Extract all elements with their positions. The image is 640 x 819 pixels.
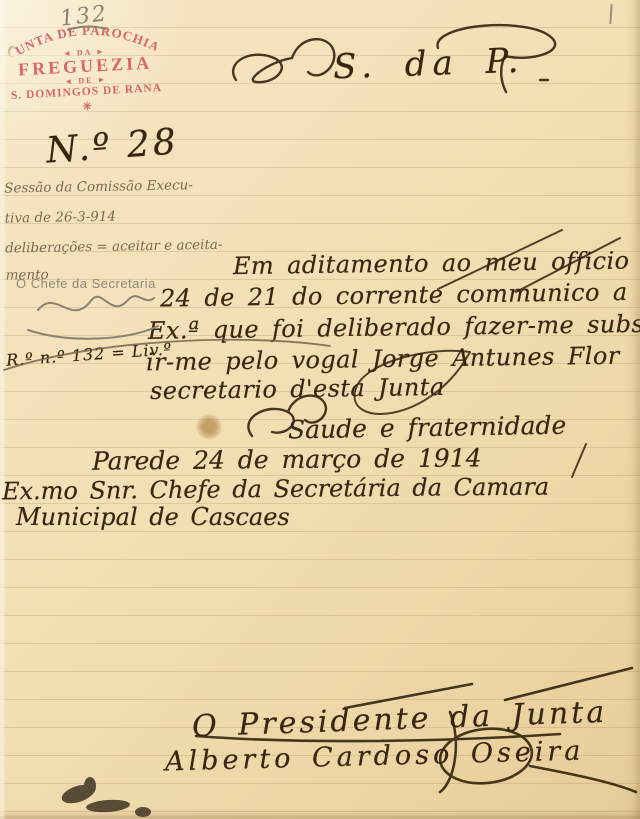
- margin-annotations: Sessão da Comissão Execu- tiva de 26-3-9…: [4, 177, 184, 180]
- margin-note-line: tiva de 26-3-914: [5, 209, 117, 227]
- paper-stain: [196, 414, 222, 440]
- body-line: Em aditamento ao meu officio n.º: [233, 246, 640, 280]
- body-line: Ex.ª que foi deliberado fazer-me substit…: [148, 309, 640, 345]
- margin-note-line: Sessão da Comissão Execu-: [4, 177, 193, 196]
- header-script-abbreviation: S. da P.: [332, 41, 525, 88]
- document-number: N.º 28: [45, 121, 180, 171]
- margin-note-line: deliberações = aceitar e aceita-: [5, 237, 223, 257]
- body-line: ir-me pelo vogal Jorge Antunes Flor: [146, 342, 620, 377]
- place-date-line: Parede 24 de março de 1914: [92, 443, 482, 475]
- pencil-tick-mark: [609, 4, 612, 24]
- body-line: 24 de 21 do corrente communico a V.: [160, 277, 640, 312]
- addressee-line: Municipal de Cascaes: [16, 503, 290, 531]
- document-page: 132 JUNTA DE PAROCHIA ◄ DA ► FREGUEZIA ◄…: [0, 0, 640, 819]
- addressee-line: Ex.mo Snr. Chefe da Secretária da Camara: [2, 473, 549, 506]
- salutation-line: Saude e fraternidade: [288, 411, 567, 445]
- chief-of-secretariat-stamp: O Chefe da Secretaria: [16, 276, 156, 291]
- chief-signature-scribble: [28, 296, 158, 339]
- ink-blot: [59, 777, 151, 817]
- body-line: secretario d'esta Junta: [150, 373, 445, 405]
- parish-letterhead-stamp: JUNTA DE PAROCHIA ◄ DA ► FREGUEZIA ◄ DE …: [3, 10, 166, 118]
